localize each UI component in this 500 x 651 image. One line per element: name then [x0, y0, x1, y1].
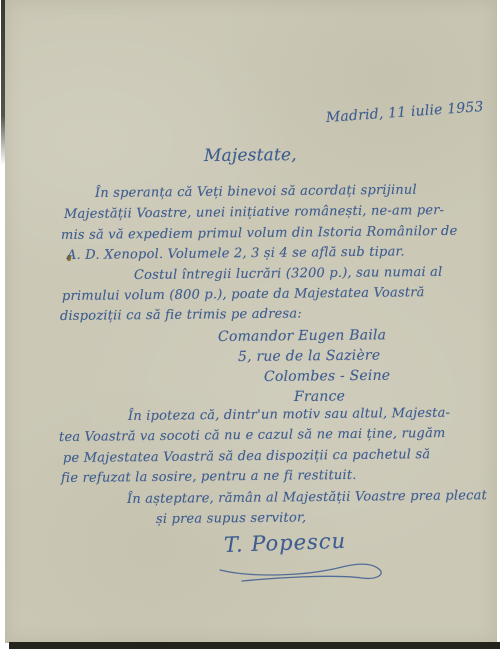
body-line: Costul întregii lucrări (3200 p.), sau n… — [134, 265, 443, 283]
address-line: France — [294, 388, 345, 405]
bottom-scan-edge — [9, 642, 500, 649]
closing-line: și prea supus servitor, — [156, 510, 306, 527]
body-line: fie refuzat la sosire, pentru a ne fi re… — [61, 468, 357, 486]
left-scan-edge — [1, 0, 5, 165]
address-line: Comandor Eugen Baila — [218, 327, 386, 345]
signature-flourish — [212, 540, 392, 584]
address-line: Colombes - Seine — [264, 368, 390, 385]
salutation: Majestate, — [204, 145, 297, 166]
scanner-background: Madrid, 11 iulie 1953 Majestate, În sper… — [0, 0, 500, 651]
address-line: 5, rue de la Sazière — [238, 348, 380, 365]
body-line: dispoziții ca să fie trimis pe adresa: — [60, 306, 302, 324]
